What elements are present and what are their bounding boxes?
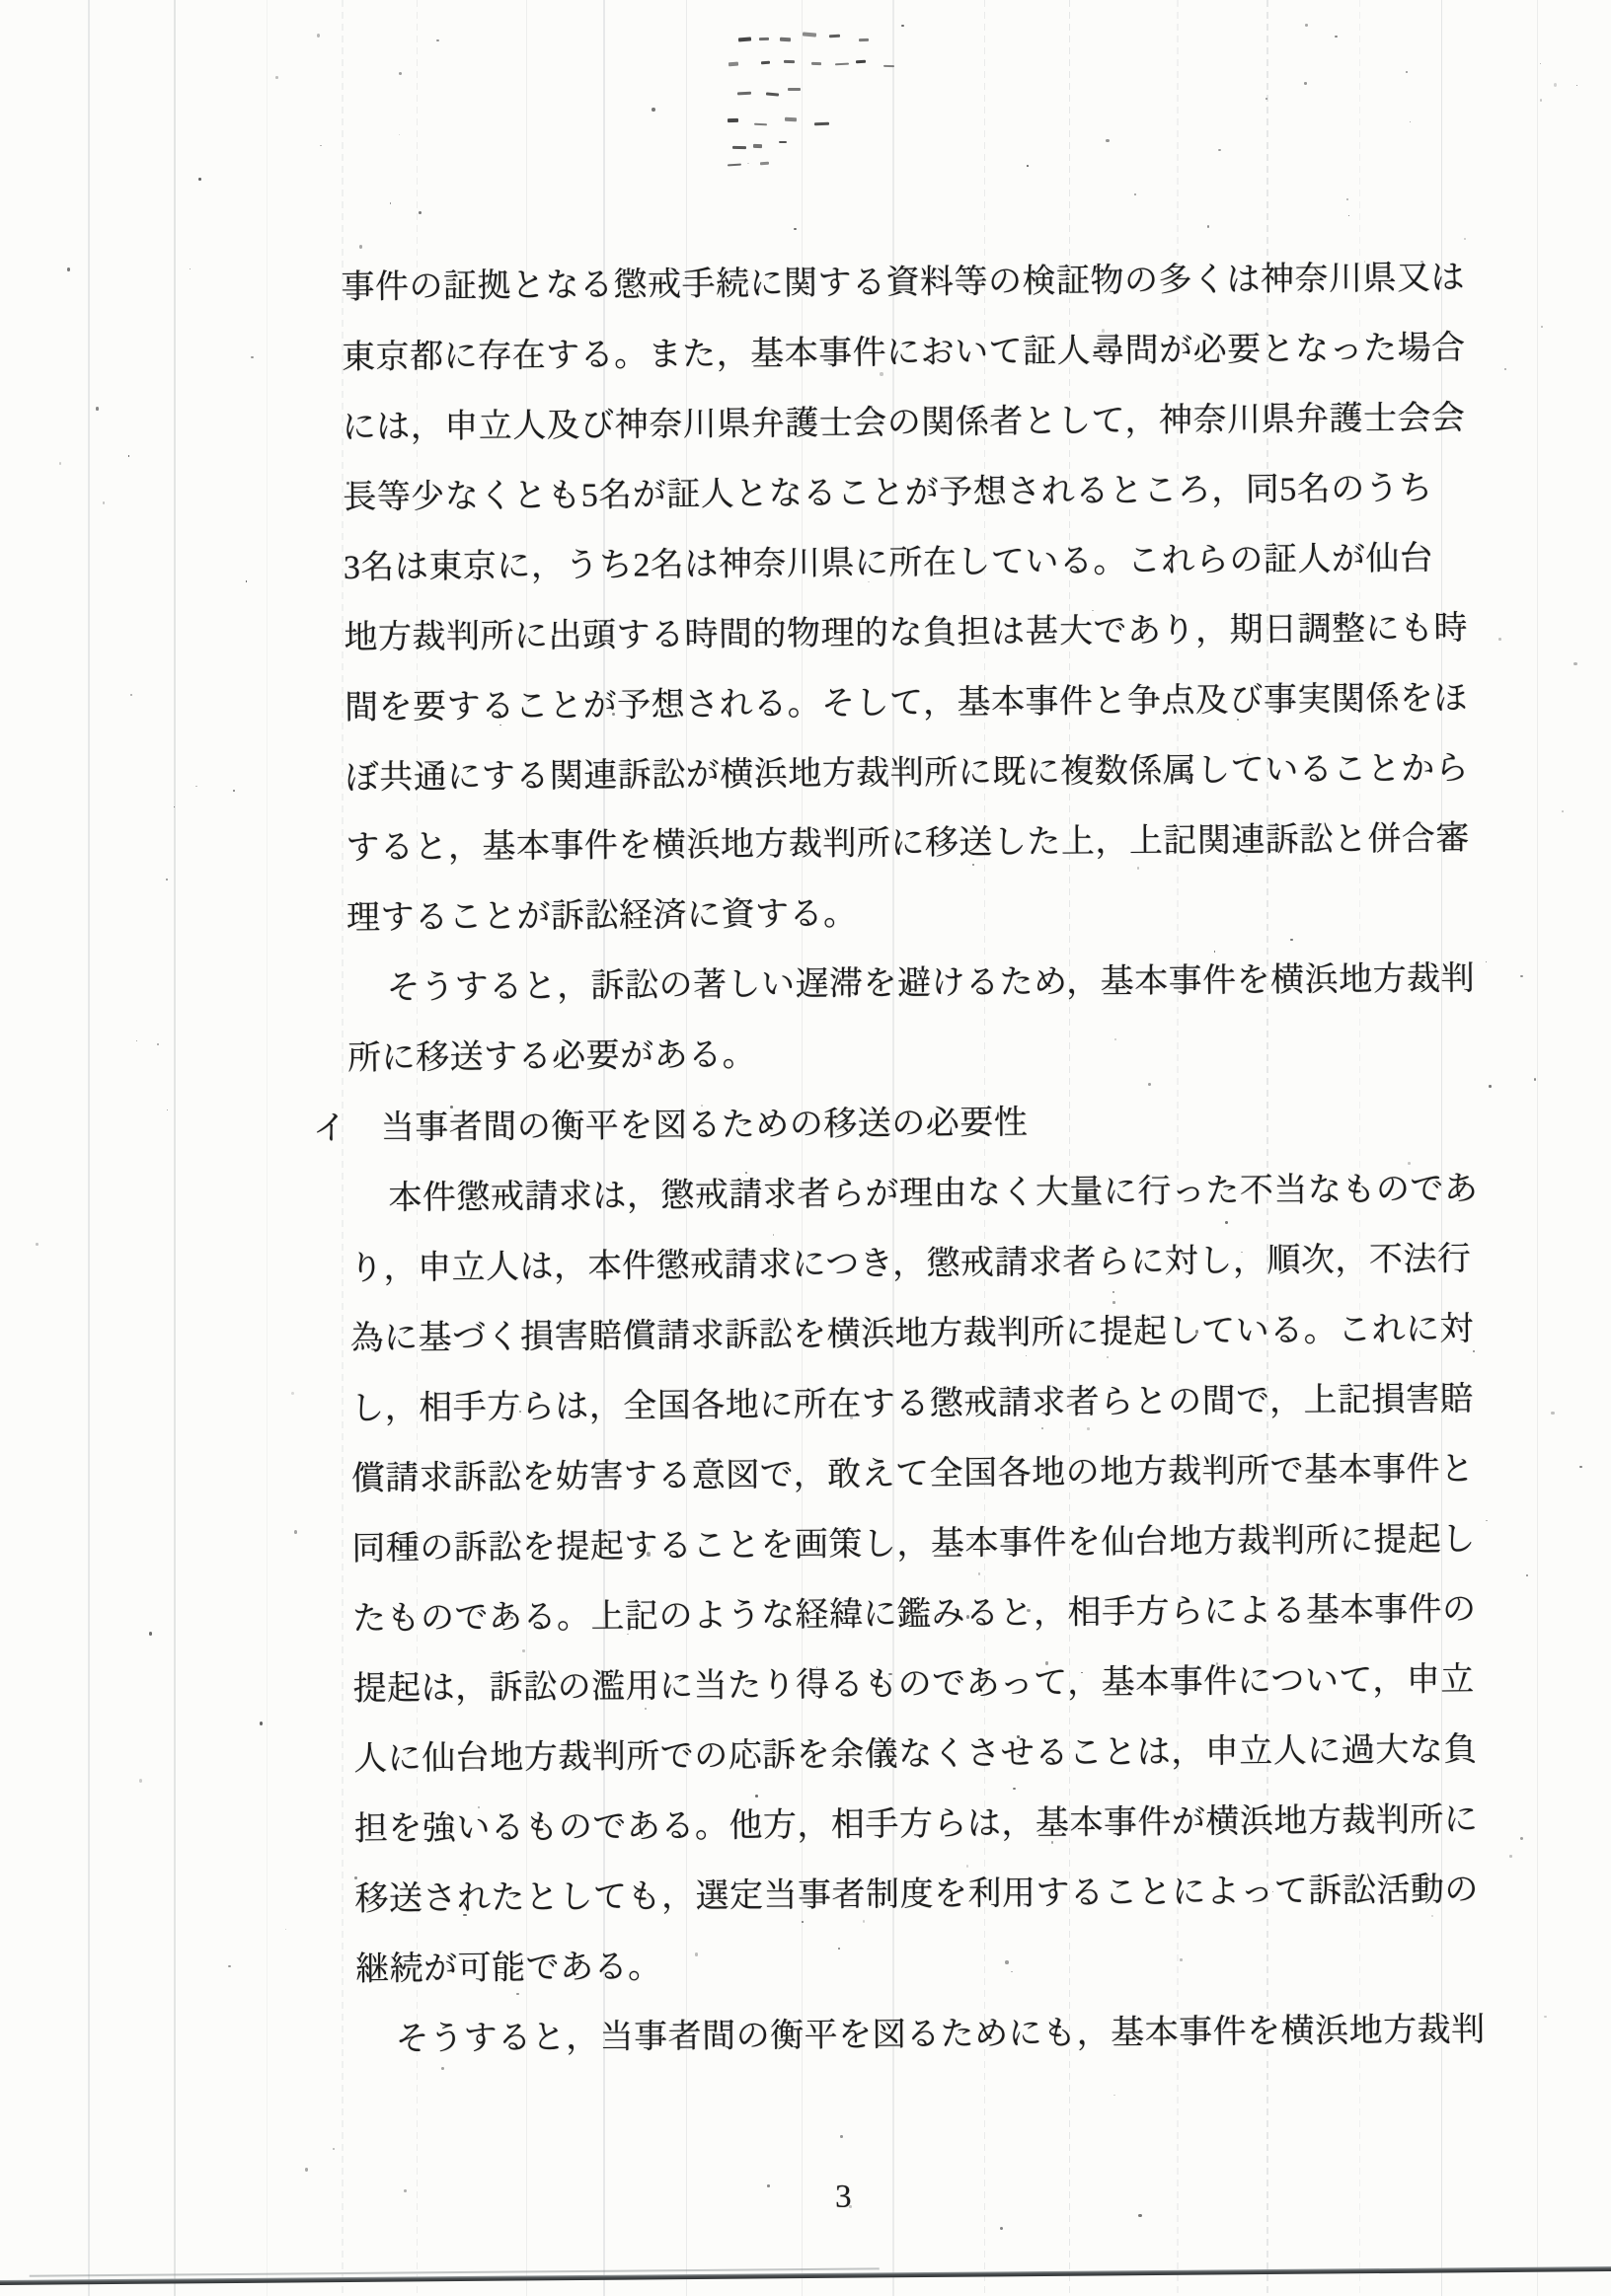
text-line: ぼ共通にする関連訴訟が横浜地方裁判所に既に複数係属していることから xyxy=(309,733,1548,814)
text-line: すると，基本事件を横浜地方裁判所に移送した上，上記関連訴訟と併合審 xyxy=(310,804,1549,884)
text-line: 為に基づく損害賠償請求訴訟を横浜地方裁判所に提起している。これに対 xyxy=(314,1294,1553,1375)
text-line: 継続が可能である。 xyxy=(320,1925,1559,2006)
text-line: たものである。上記のような経緯に鑑みると，相手方らによる基本事件の xyxy=(317,1574,1556,1655)
scan-edge-line xyxy=(0,2266,1611,2285)
text-line: 本件懲戒請求は，懲戒請求者らが理由なく大量に行った不当なものであ xyxy=(313,1154,1552,1235)
page-skew-wrapper: 事件の証拠となる懲戒手続に関する資料等の検証物の多くは神奈川県又は東京都に存在す… xyxy=(0,0,1611,2296)
text-line: 理することが訴訟経済に資する。 xyxy=(311,874,1550,955)
text-line: 3名は東京に，うち2名は神奈川県に所在している。これらの証人が仙台 xyxy=(308,523,1547,604)
text-line: には，申立人及び神奈川県弁護士会の関係者として，神奈川県弁護士会会 xyxy=(306,383,1545,464)
text-line: 東京都に存在する。また，基本事件において証人尋問が必要となった場合 xyxy=(306,313,1545,394)
text-line: 長等少なくとも5名が証人となることが予想されるところ，同5名のうち xyxy=(307,453,1546,534)
page-number: 3 xyxy=(835,2178,852,2217)
text-line: 所に移送する必要がある。 xyxy=(312,1014,1551,1095)
text-line: 担を強いるものである。他方，相手方らは，基本事件が横浜地方裁判所に xyxy=(319,1785,1558,1866)
scanned-page: 事件の証拠となる懲戒手続に関する資料等の検証物の多くは神奈川県又は東京都に存在す… xyxy=(0,0,1611,2296)
text-line: そうすると，当事者間の衡平を図るためにも，基本事件を横浜地方裁判 xyxy=(320,1995,1559,2076)
text-line: 事件の証拠となる懲戒手続に関する資料等の検証物の多くは神奈川県又は xyxy=(305,243,1544,324)
document-body: 事件の証拠となる懲戒手続に関する資料等の検証物の多くは神奈川県又は東京都に存在す… xyxy=(305,243,1559,2076)
text-line: り，申立人は，本件懲戒請求につき，懲戒請求者らに対し，順次，不法行 xyxy=(314,1224,1553,1305)
text-line: 提起は，訴訟の濫用に当たり得るものであって，基本事件について，申立 xyxy=(317,1645,1556,1725)
text-line: 地方裁判所に出頭する時間的物理的な負担は甚大であり，期日調整にも時 xyxy=(308,593,1547,674)
text-line: 間を要することが予想される。そして，基本事件と争点及び事実関係をほ xyxy=(309,663,1548,744)
text-line: 同種の訴訟を提起することを画策し，基本事件を仙台地方裁判所に提起し xyxy=(316,1504,1555,1585)
text-line: 償請求訴訟を妨害する意図で，敢えて全国各地の地方裁判所で基本事件と xyxy=(316,1434,1555,1515)
text-line: し，相手方らは，全国各地に所在する懲戒請求者らとの間で，上記損害賠 xyxy=(315,1364,1554,1445)
text-line: 人に仙台地方裁判所での応訴を余儀なくさせることは，申立人に過大な負 xyxy=(318,1715,1557,1796)
text-line: 移送されたとしても，選定当事者制度を利用することによって訴訟活動の xyxy=(319,1855,1558,1936)
heading-line: イ 当事者間の衡平を図るための移送の必要性 xyxy=(313,1084,1552,1165)
text-line: そうすると，訴訟の著しい遅滞を避けるため，基本事件を横浜地方裁判 xyxy=(311,944,1550,1025)
